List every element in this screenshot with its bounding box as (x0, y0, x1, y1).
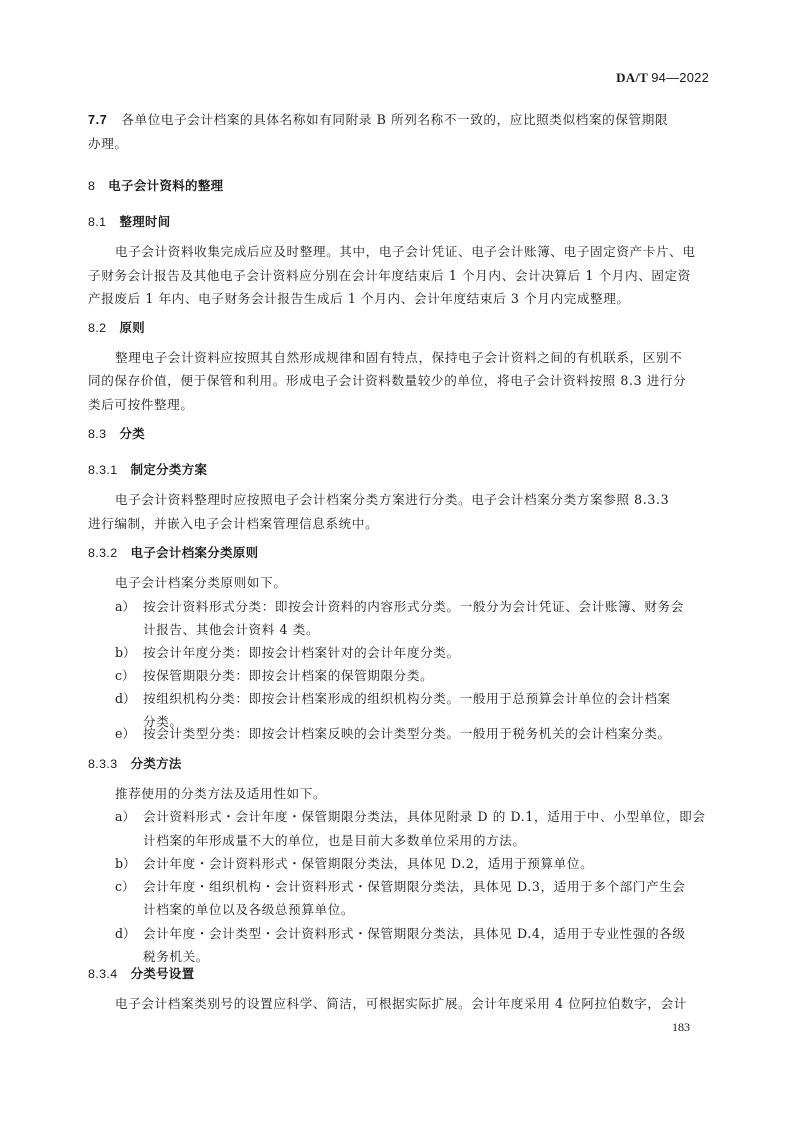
list-item-label: c） (115, 668, 135, 684)
document-page: DA/T 94—2022 7.7各单位电子会计档案的具体名称如有同附录 B 所列… (0, 0, 793, 1122)
list-intro: 推荐使用的分类方法及适用性如下。 (115, 786, 326, 802)
subsection-heading-8-3-2: 8.3.2电子会计档案分类原则 (88, 545, 258, 561)
list-item-label: d） (115, 926, 136, 942)
clause-text: 各单位电子会计档案的具体名称如有同附录 B 所列名称不一致的，应比照类似档案的保… (121, 112, 668, 127)
paragraph-line: 同的保存价值，便于保管和利用。形成电子会计资料数量较少的单位，将电子会计资料按照… (88, 373, 686, 389)
section-heading-8-3: 8.3分类 (88, 426, 145, 442)
heading-number: 8.3.3 (88, 757, 118, 771)
heading-number: 8.3.1 (88, 463, 118, 477)
list-item-text: 会计资料形式・会计年度・保管期限分类法，具体见附录 D 的 D.1，适用于中、小… (143, 809, 706, 825)
heading-title: 分类号设置 (131, 966, 195, 981)
subsection-heading-8-3-4: 8.3.4分类号设置 (88, 966, 195, 982)
page-number: 183 (672, 1020, 690, 1035)
heading-number: 8.3 (88, 427, 106, 441)
list-item-label: d） (115, 691, 136, 707)
paragraph-line: 整理电子会计资料应按照其自然形成规律和固有特点，保持电子会计资料之间的有机联系，… (115, 350, 682, 366)
paragraph-line: 电子会计资料整理时应按照电子会计档案分类方案进行分类。电子会计档案分类方案参照 … (115, 492, 669, 508)
list-item-text: 计档案的年形成量不大的单位，也是目前大多数单位采用的方法。 (143, 833, 526, 849)
heading-number: 8 (88, 179, 95, 193)
heading-title: 制定分类方案 (131, 462, 208, 477)
clause-number: 7.7 (88, 113, 107, 127)
list-item-label: a） (115, 809, 135, 825)
section-heading-8-1: 8.1整理时间 (88, 214, 171, 230)
heading-title: 原则 (119, 320, 145, 335)
heading-number: 8.3.4 (88, 967, 118, 981)
list-item-label: b） (115, 856, 136, 872)
chapter-heading-8: 8电子会计资料的整理 (88, 178, 223, 194)
paragraph-line: 类后可按件整理。 (88, 397, 194, 413)
standard-code: DA/T 94—2022 (616, 70, 709, 86)
heading-number: 8.2 (88, 321, 106, 335)
heading-title: 电子会计资料的整理 (108, 178, 223, 193)
heading-number: 8.3.2 (88, 546, 118, 560)
list-item-label: e） (115, 726, 135, 742)
paragraph-line: 进行编制，并嵌入电子会计档案管理信息系统中。 (88, 516, 378, 532)
clause-text-continued: 办理。 (88, 136, 128, 152)
heading-title: 分类方法 (131, 756, 182, 771)
list-item-label: a） (115, 599, 135, 615)
heading-title: 整理时间 (119, 214, 170, 229)
heading-title: 电子会计档案分类原则 (131, 545, 259, 560)
subsection-heading-8-3-1: 8.3.1制定分类方案 (88, 462, 207, 478)
paragraph-line: 子财务会计报告及其他电子会计资料应分别在会计年度结束后 1 个月内、会计决算后 … (88, 268, 691, 284)
subsection-heading-8-3-3: 8.3.3分类方法 (88, 756, 182, 772)
list-item-text: 会计年度・会计类型・会计资料形式・保管期限分类法，具体见 D.4，适用于专业性强… (143, 926, 686, 942)
list-item-text: 按保管期限分类：即按会计档案的保管期限分类。 (143, 668, 433, 684)
list-item-text: 计报告、其他会计资料 4 类。 (143, 622, 319, 638)
list-item-text: 按会计类型分类：即按会计档案反映的会计类型分类。一般用于税务机关的会计档案分类。 (143, 726, 671, 742)
list-item-text: 按会计年度分类：即按会计档案针对的会计年度分类。 (143, 645, 460, 661)
list-intro: 电子会计档案分类原则如下。 (115, 575, 287, 591)
standard-prefix: DA/T (616, 70, 648, 85)
list-item-label: c） (115, 879, 135, 895)
paragraph-line: 电子会计资料收集完成后应及时整理。其中，电子会计凭证、电子会计账簿、电子固定资产… (115, 244, 696, 260)
list-item-text: 计档案的单位以及各级总预算单位。 (143, 902, 354, 918)
paragraph-line: 电子会计档案类别号的设置应科学、简洁，可根据实际扩展。会计年度采用 4 位阿拉伯… (115, 996, 687, 1012)
clause-7-7: 7.7各单位电子会计档案的具体名称如有同附录 B 所列名称不一致的，应比照类似档… (88, 112, 668, 128)
list-item-text: 会计年度・组织机构・会计资料形式・保管期限分类法，具体见 D.3，适用于多个部门… (143, 879, 686, 895)
heading-title: 分类 (119, 426, 145, 441)
heading-number: 8.1 (88, 215, 106, 229)
list-item-text: 税务机关。 (143, 949, 209, 965)
standard-number: 94—2022 (651, 70, 709, 85)
paragraph-line: 产报废后 1 年内、电子财务会计报告生成后 1 个月内、会计年度结束后 3 个月… (88, 291, 630, 307)
list-item-text: 按会计资料形式分类：即按会计资料的内容形式分类。一般分为会计凭证、会计账簿、财务… (143, 599, 684, 615)
list-item-label: b） (115, 645, 136, 661)
list-item-text: 会计年度・会计资料形式・保管期限分类法，具体见 D.2，适用于预算单位。 (143, 856, 593, 872)
section-heading-8-2: 8.2原则 (88, 320, 145, 336)
list-item-text: 按组织机构分类：即按会计档案形成的组织机构分类。一般用于总预算会计单位的会计档案 (143, 691, 671, 707)
